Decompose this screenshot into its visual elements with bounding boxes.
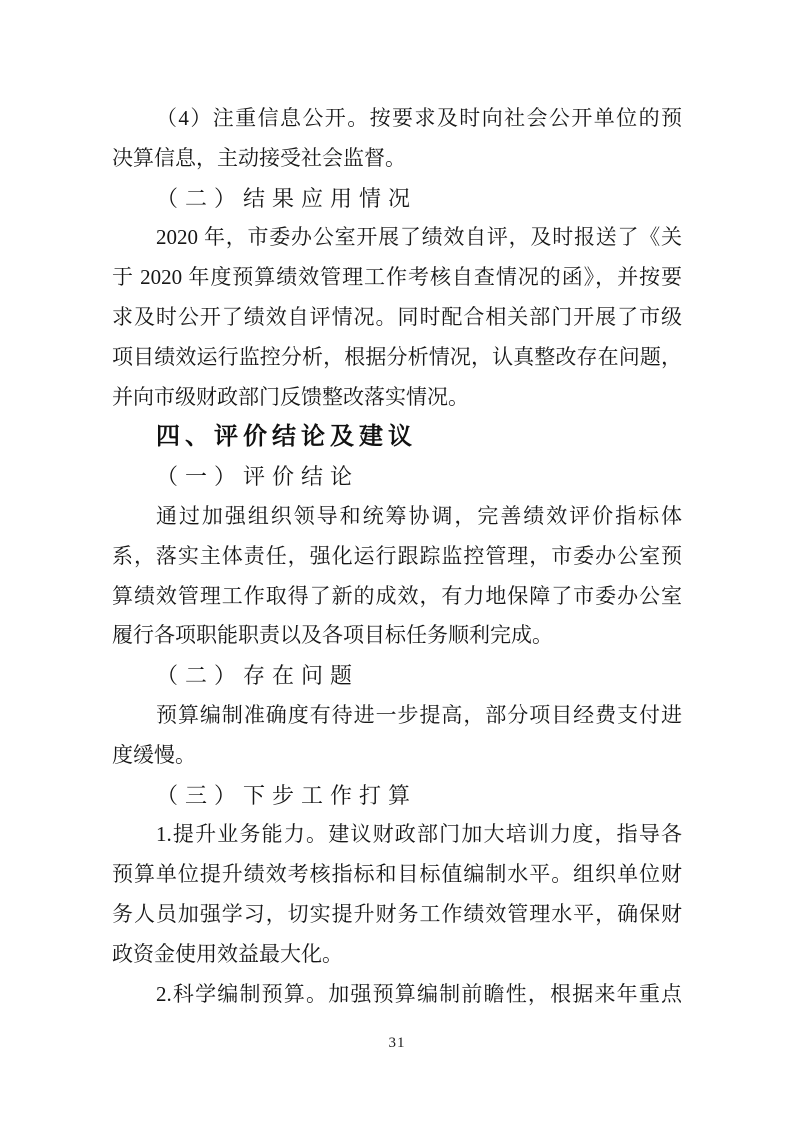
body-text-line: 政资金使用效益最大化。 (112, 935, 682, 975)
body-text-line: 并向市级财政部门反馈整改落实情况。 (112, 378, 682, 418)
section-heading: 四、评价结论及建议 (112, 417, 682, 457)
document-page: （4）注重信息公开。按要求及时向社会公开单位的预 决算信息，主动接受社会监督。 … (0, 0, 793, 1122)
body-text-line: 项目绩效运行监控分析，根据分析情况，认真整改存在问题， (112, 338, 682, 378)
body-text-line: 度缓慢。 (112, 736, 682, 776)
body-text-line: （4）注重信息公开。按要求及时向社会公开单位的预 (112, 99, 682, 139)
subsection-heading: （二）存在问题 (112, 656, 682, 696)
body-text-line: 通过加强组织领导和统筹协调，完善绩效评价指标体 (112, 497, 682, 537)
body-text-line: 于 2020 年度预算绩效管理工作考核自查情况的函》，并按要 (112, 258, 682, 298)
body-text-line: 务人员加强学习，切实提升财务工作绩效管理水平，确保财 (112, 895, 682, 935)
subsection-heading: （二）结果应用情况 (112, 179, 682, 219)
body-text-line: 1.提升业务能力。建议财政部门加大培训力度，指导各 (112, 815, 682, 855)
document-body: （4）注重信息公开。按要求及时向社会公开单位的预 决算信息，主动接受社会监督。 … (112, 99, 682, 1014)
body-text-line: 预算单位提升绩效考核指标和目标值编制水平。组织单位财 (112, 855, 682, 895)
body-text-line: 2020 年，市委办公室开展了绩效自评，及时报送了《关 (112, 218, 682, 258)
body-text-line: 2.科学编制预算。加强预算编制前瞻性，根据来年重点 (112, 975, 682, 1015)
page-number: 31 (112, 1024, 682, 1064)
body-text-line: 求及时公开了绩效自评情况。同时配合相关部门开展了市级 (112, 298, 682, 338)
subsection-heading: （三）下步工作打算 (112, 776, 682, 816)
body-text-line: 系，落实主体责任，强化运行跟踪监控管理，市委办公室预 (112, 537, 682, 577)
body-text-line: 履行各项职能职责以及各项目标任务顺利完成。 (112, 616, 682, 656)
body-text-line: 决算信息，主动接受社会监督。 (112, 139, 682, 179)
body-text-line: 算绩效管理工作取得了新的成效，有力地保障了市委办公室 (112, 577, 682, 617)
subsection-heading: （一）评价结论 (112, 457, 682, 497)
body-text-line: 预算编制准确度有待进一步提高，部分项目经费支付进 (112, 696, 682, 736)
